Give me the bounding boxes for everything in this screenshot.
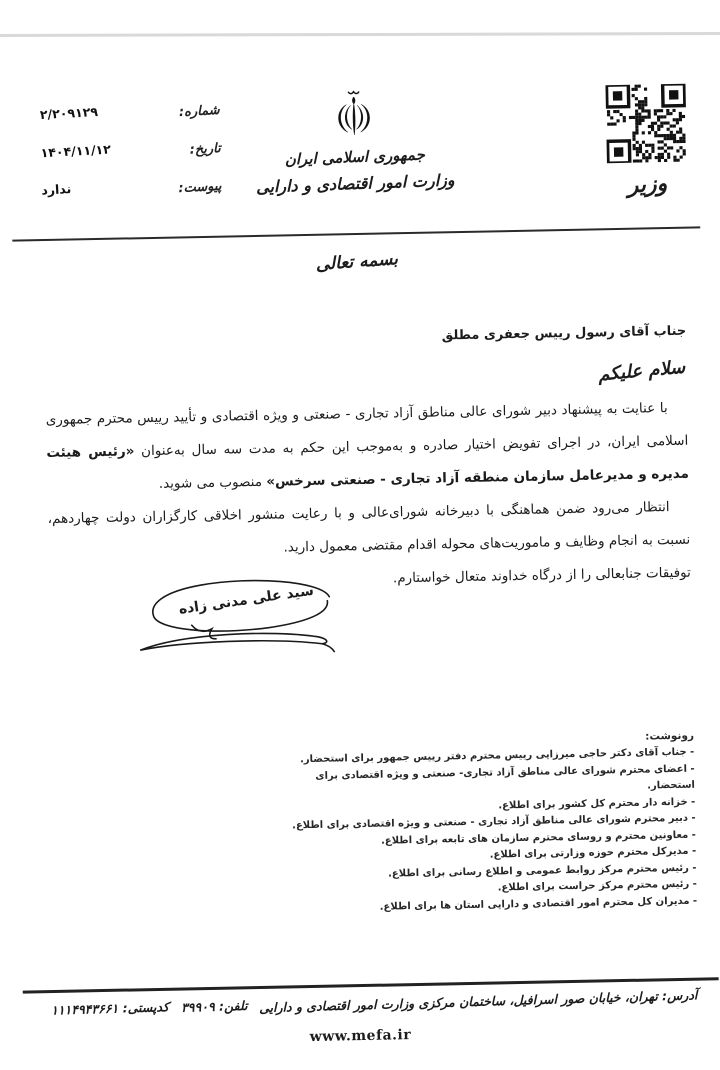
meta-number-row: شماره: ۲/۲۰۹۱۲۹ <box>40 103 220 122</box>
footer-website: www.mefa.ir <box>310 1027 412 1045</box>
org-header: جمهوری اسلامی ایران وزارت امور اقتصادی و… <box>204 85 506 196</box>
phone-label: تلفن: <box>218 998 247 1014</box>
paragraph-appointment: با عنایت به پیشنهاد دبیر شورای عالی مناط… <box>45 392 689 503</box>
qr-code-icon <box>605 84 686 164</box>
letter-body: با عنایت به پیشنهاد دبیر شورای عالی مناط… <box>45 392 691 602</box>
footer-contact-row: آدرس: تهران، خیابان صور اسرافیل، ساختمان… <box>51 990 697 1017</box>
phone-value: ۳۹۹۰۹ <box>180 999 214 1015</box>
org-country-title: جمهوری اسلامی ایران <box>205 143 505 172</box>
letter-sheet: شماره: ۲/۲۰۹۱۲۹ تاریخ: ۱۴۰۴/۱۱/۱۲ پیوست:… <box>0 0 720 1070</box>
date-value: ۱۴۰۴/۱۱/۱۲ <box>40 142 111 161</box>
cc-list: رونوشت: - جناب آقای دکتر حاجی میرزایی ری… <box>264 730 697 918</box>
attachment-value: ندارد <box>41 181 72 198</box>
signature-block: سید علی مدنی زاده <box>121 570 363 675</box>
p1-start: با عنایت به پیشنهاد دبیر شورای عالی مناط… <box>46 400 689 459</box>
postal-label: کدپستی: <box>122 999 169 1015</box>
footer-postal-code: کدپستی: ۱۱۱۴۹۴۳۶۶۱ <box>51 999 169 1017</box>
addressee-line: جناب آقای رسول رییس جعفری مطلق <box>43 324 686 351</box>
iran-emblem-icon <box>330 88 377 143</box>
meta-date-row: تاریخ: ۱۴۰۴/۱۱/۱۲ <box>40 141 220 160</box>
org-ministry-title: وزارت امور اقتصادی و دارایی <box>205 169 505 199</box>
number-value: ۲/۲۰۹۱۲۹ <box>40 104 99 122</box>
minister-block: وزیر <box>603 84 689 199</box>
footer-address: آدرس: تهران، خیابان صور اسرافیل، ساختمان… <box>258 987 697 1015</box>
p1-end: منصوب می شوید. <box>159 474 267 492</box>
footer-phone: تلفن: ۳۹۹۰۹ <box>180 998 247 1015</box>
meta-attachment-row: پیوست: ندارد <box>41 179 221 198</box>
paragraph-expectation: انتظار می‌رود ضمن هماهنگی با دبیرخانه شو… <box>47 491 690 569</box>
letter-meta-block: شماره: ۲/۲۰۹۱۲۹ تاریخ: ۱۴۰۴/۱۱/۱۲ پیوست:… <box>40 103 222 220</box>
minister-title: وزیر <box>605 170 690 200</box>
salutation-calligraphy: سلام علیکم <box>597 357 686 386</box>
postal-value: ۱۱۱۴۹۴۳۶۶۱ <box>51 1001 119 1018</box>
